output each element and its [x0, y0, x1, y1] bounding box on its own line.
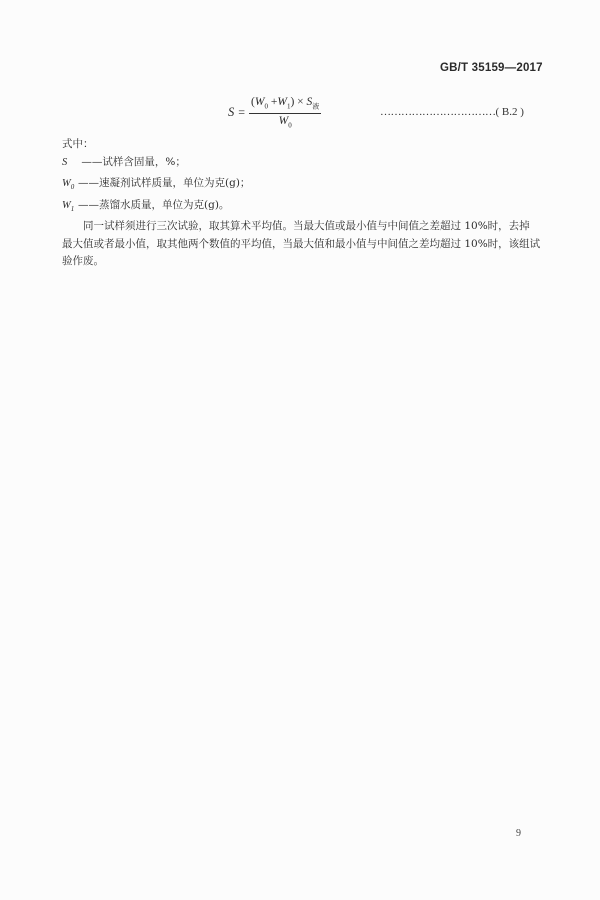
document-page: GB/T 35159—2017 S = (W0 +W1) × S液 W0 …………: [0, 0, 600, 900]
def-symbol: W0: [62, 175, 78, 197]
where-intro: 式中：: [62, 136, 552, 154]
def-text: 速凝剂试样质量，单位为克(g)；: [99, 177, 250, 189]
def-symbol-letter: W: [62, 200, 71, 211]
formula-equals: =: [238, 105, 245, 120]
equation-number: ( B.2 ): [496, 106, 524, 118]
times-sign: ×: [297, 96, 304, 108]
body-text: 式中： S ——试样含固量，%； W0——速凝剂试样质量，单位为克(g)； W1…: [62, 136, 552, 271]
equation-b2: S = (W0 +W1) × S液 W0 ……………………………( B.2 ): [0, 96, 600, 136]
paragraph-line-2: 最大值或者最小值，取其他两个数值的平均值，当最大值和最小值与中间值之差均超过 1…: [62, 236, 552, 254]
standard-code: GB/T 35159—2017: [440, 62, 543, 74]
def-dash: ——: [78, 177, 99, 189]
definition-s: S ——试样含固量，%；: [62, 154, 552, 176]
formula-fraction: (W0 +W1) × S液 W0: [249, 96, 321, 130]
subscript-liquid: 液: [312, 102, 319, 110]
subscript-0-denominator: 0: [288, 122, 292, 130]
leader-dots: ……………………………: [380, 106, 496, 118]
symbol-w1: W: [277, 96, 287, 108]
def-symbol-sub: 1: [71, 205, 75, 213]
symbol-w0-denominator: W: [279, 115, 289, 127]
definition-w1: W1——蒸馏水质量，单位为克(g)。: [62, 197, 552, 219]
def-text: 蒸馏水质量，单位为克(g)。: [99, 199, 229, 211]
paren-close: ): [290, 96, 294, 108]
formula: S = (W0 +W1) × S液 W0: [228, 96, 321, 130]
def-symbol-sub: 0: [71, 183, 75, 191]
def-dash: ——: [78, 156, 102, 168]
subscript-0: 0: [264, 102, 268, 110]
def-symbol-letter: W: [62, 178, 71, 189]
def-dash: ——: [78, 199, 99, 211]
formula-lhs: S: [228, 105, 234, 120]
definition-w0: W0——速凝剂试样质量，单位为克(g)；: [62, 175, 552, 197]
def-text: 试样含固量，%；: [102, 156, 185, 168]
def-symbol: S: [62, 154, 78, 176]
formula-numerator: (W0 +W1) × S液: [249, 96, 321, 114]
equation-label: ……………………………( B.2 ): [380, 106, 524, 118]
page-number: 9: [516, 828, 521, 839]
formula-denominator: W0: [279, 114, 292, 129]
paragraph-line-3: 验作废。: [62, 253, 552, 271]
test-procedure-paragraph: 同一试样须进行三次试验，取其算术平均值。当最大值或最小值与中间值之差超过 10%…: [62, 218, 552, 271]
def-symbol-letter: S: [62, 157, 67, 168]
paragraph-line-1: 同一试样须进行三次试验，取其算术平均值。当最大值或最小值与中间值之差超过 10%…: [62, 218, 552, 236]
def-symbol: W1: [62, 197, 78, 219]
